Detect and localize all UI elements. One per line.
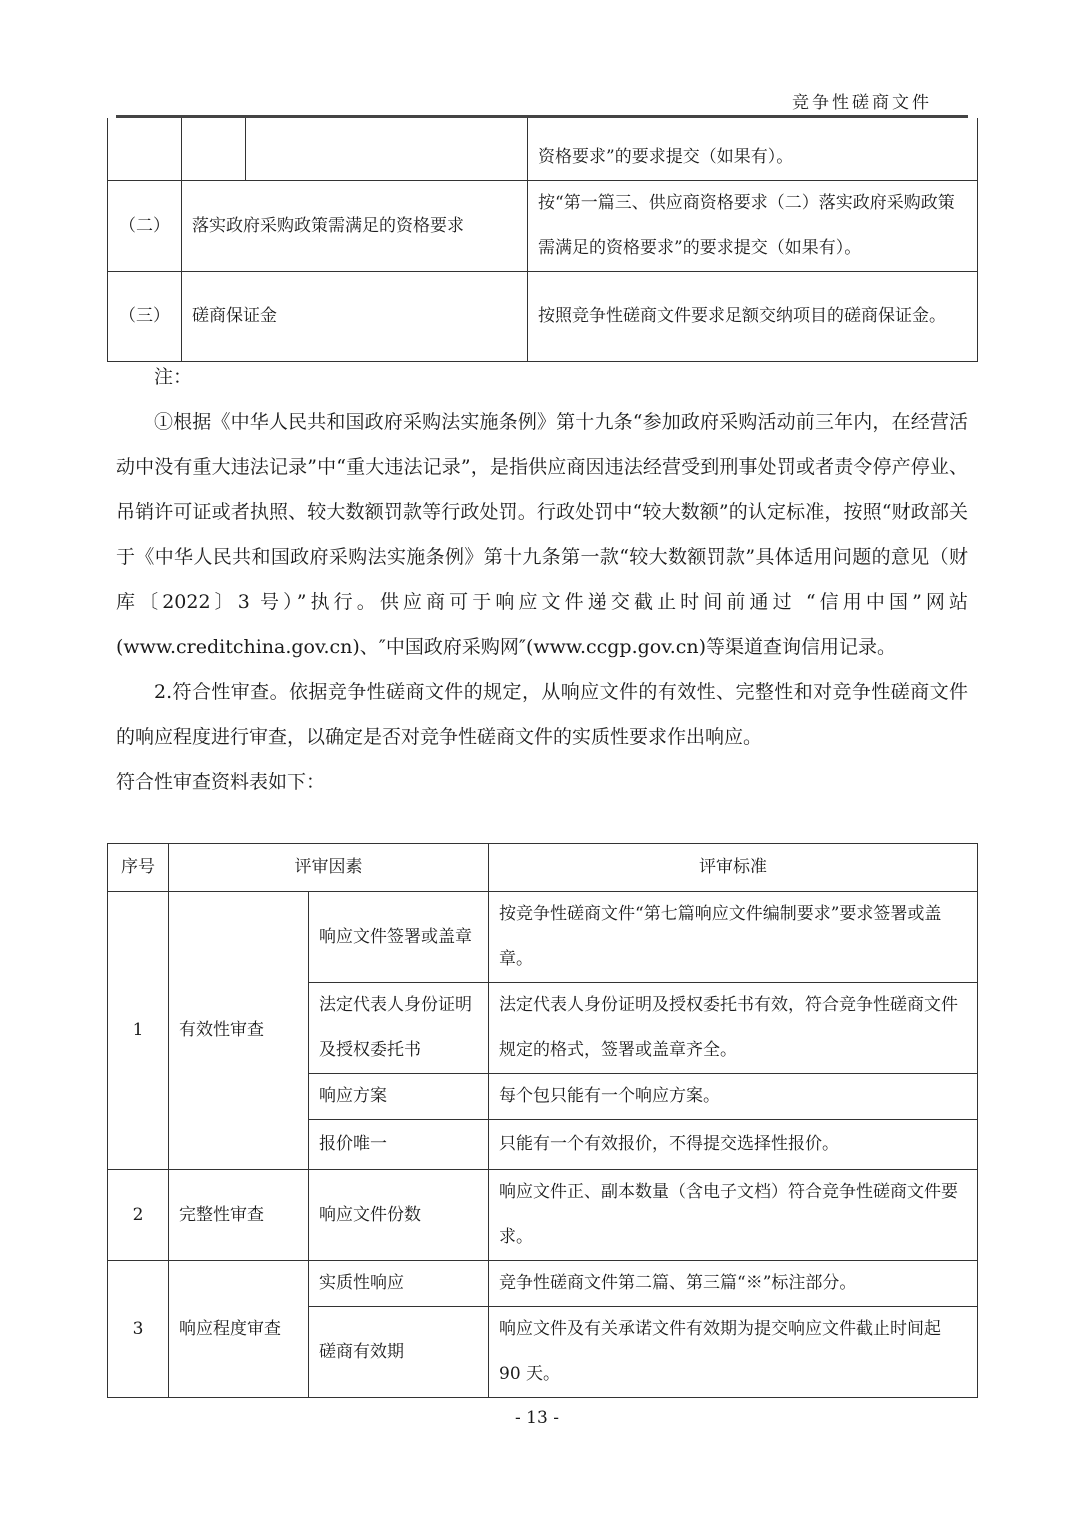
notes-section: 注： ①根据《中华人民共和国政府采购法实施条例》第十九条“参加政府采购活动前三年… — [116, 355, 968, 805]
row-number: （三） — [108, 272, 182, 362]
table-row: 3 响应程度审查 实质性响应 竞争性磋商文件第二篇、第三篇“※”标注部分。 — [108, 1261, 978, 1307]
criteria-cell: 按“第一篇三、供应商资格要求（二）落实政府采购政策需满足的资格要求”的要求提交（… — [528, 181, 978, 272]
page-number: - 13 - — [0, 1408, 1074, 1428]
factor-cell: 响应文件份数 — [309, 1170, 489, 1261]
criteria-cell: 按照竞争性磋商文件要求足额交纳项目的磋商保证金。 — [528, 272, 978, 362]
table-row: （二） 落实政府采购政策需满足的资格要求 按“第一篇三、供应商资格要求（二）落实… — [108, 181, 978, 272]
table-intro: 符合性审查资料表如下： — [116, 760, 968, 805]
header-factor: 评审因素 — [169, 844, 489, 892]
qualification-table: 资格要求”的要求提交（如果有）。 （二） 落实政府采购政策需满足的资格要求 按“… — [107, 118, 978, 362]
standard-cell: 法定代表人身份证明及授权委托书有效，符合竞争性磋商文件规定的格式，签署或盖章齐全… — [489, 983, 978, 1074]
item-cell: 磋商保证金 — [182, 272, 528, 362]
factor-cell: 响应文件签署或盖章 — [309, 892, 489, 983]
table-row-continued: 资格要求”的要求提交（如果有）。 — [108, 118, 978, 181]
standard-cell: 只能有一个有效报价，不得提交选择性报价。 — [489, 1120, 978, 1170]
group-number: 2 — [108, 1170, 169, 1261]
standard-cell: 响应文件正、副本数量（含电子文档）符合竞争性磋商文件要求。 — [489, 1170, 978, 1261]
table-row: 1 有效性审查 响应文件签署或盖章 按竞争性磋商文件“第七篇响应文件编制要求”要… — [108, 892, 978, 983]
standard-cell: 竞争性磋商文件第二篇、第三篇“※”标注部分。 — [489, 1261, 978, 1307]
table-header-row: 序号 评审因素 评审标准 — [108, 844, 978, 892]
document-header-title: 竞争性磋商文件 — [792, 88, 932, 113]
notes-label: 注： — [116, 355, 968, 400]
header-num: 序号 — [108, 844, 169, 892]
factor-cell: 响应方案 — [309, 1074, 489, 1120]
standard-cell: 每个包只能有一个响应方案。 — [489, 1074, 978, 1120]
paragraph-conformity-review: 2.符合性审查。依据竞争性磋商文件的规定，从响应文件的有效性、完整性和对竞争性磋… — [116, 670, 968, 760]
factor-cell: 实质性响应 — [309, 1261, 489, 1307]
standard-cell: 响应文件及有关承诺文件有效期为提交响应文件截止时间起 90 天。 — [489, 1307, 978, 1398]
group-category: 有效性审查 — [169, 892, 309, 1170]
header-standard: 评审标准 — [489, 844, 978, 892]
group-number: 3 — [108, 1261, 169, 1398]
group-category: 完整性审查 — [169, 1170, 309, 1261]
factor-cell: 磋商有效期 — [309, 1307, 489, 1398]
group-number: 1 — [108, 892, 169, 1170]
factor-cell: 法定代表人身份证明及授权委托书 — [309, 983, 489, 1074]
factor-cell: 报价唯一 — [309, 1120, 489, 1170]
table-row: （三） 磋商保证金 按照竞争性磋商文件要求足额交纳项目的磋商保证金。 — [108, 272, 978, 362]
group-category: 响应程度审查 — [169, 1261, 309, 1398]
row-number: （二） — [108, 181, 182, 272]
table-row: 2 完整性审查 响应文件份数 响应文件正、副本数量（含电子文档）符合竞争性磋商文… — [108, 1170, 978, 1261]
item-cell: 落实政府采购政策需满足的资格要求 — [182, 181, 528, 272]
standard-cell: 按竞争性磋商文件“第七篇响应文件编制要求”要求签署或盖章。 — [489, 892, 978, 983]
note-1: ①根据《中华人民共和国政府采购法实施条例》第十九条“参加政府采购活动前三年内，在… — [116, 400, 968, 670]
criteria-cell: 资格要求”的要求提交（如果有）。 — [528, 118, 978, 181]
conformity-review-table: 序号 评审因素 评审标准 1 有效性审查 响应文件签署或盖章 按竞争性磋商文件“… — [107, 843, 978, 1398]
